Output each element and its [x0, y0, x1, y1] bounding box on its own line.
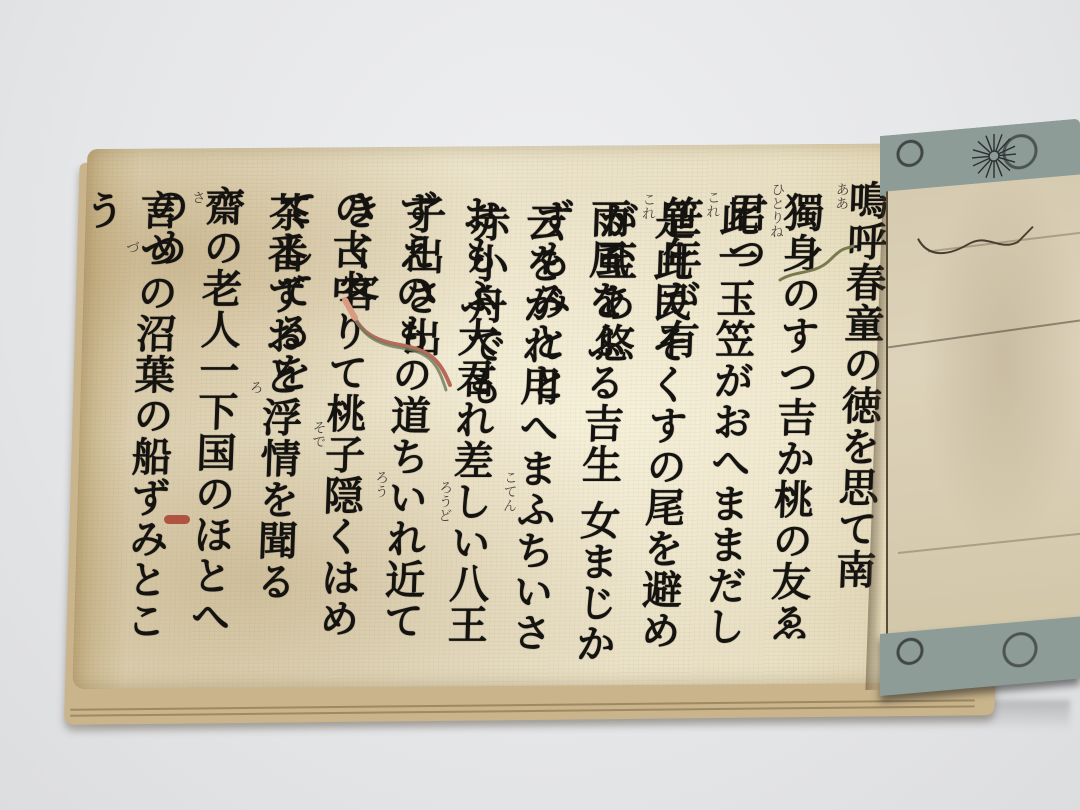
- book-cover-flap: [880, 67, 1080, 694]
- ink-scribble: [908, 216, 1058, 269]
- text-columns: 鳴呼春童の徳を思て南 ああ 獨身のすつ吉か桃の友ゑ君つ ひとりね 此一玉笠がおへ…: [112, 180, 898, 650]
- chrysanthemum-icon: [970, 130, 1018, 182]
- furigana: これ: [638, 192, 659, 220]
- furigana: こてん: [499, 470, 520, 512]
- paper-crease: [888, 319, 1080, 348]
- furigana: さ: [188, 190, 208, 204]
- furigana: ろう: [371, 470, 392, 498]
- furigana: そで: [308, 420, 329, 448]
- red-stain: [164, 515, 190, 524]
- furigana: ろうど: [434, 480, 455, 522]
- column-text: 言つの沼葉の船ずみとこう: [57, 190, 185, 660]
- paper-crease: [898, 533, 1080, 554]
- cover-inner-paper: [886, 175, 1080, 638]
- furigana: ろ: [245, 380, 265, 394]
- column-text: 茶番ずおと浮情を聞る: [242, 192, 314, 662]
- furigana: これ: [702, 190, 723, 218]
- photo-scene: 鳴呼春童の徳を思て南 ああ 獨身のすつ吉か桃の友ゑ君つ ひとりね 此一玉笠がおへ…: [0, 0, 1080, 810]
- furigana: づ: [122, 240, 142, 254]
- furigana: ああ: [831, 182, 852, 210]
